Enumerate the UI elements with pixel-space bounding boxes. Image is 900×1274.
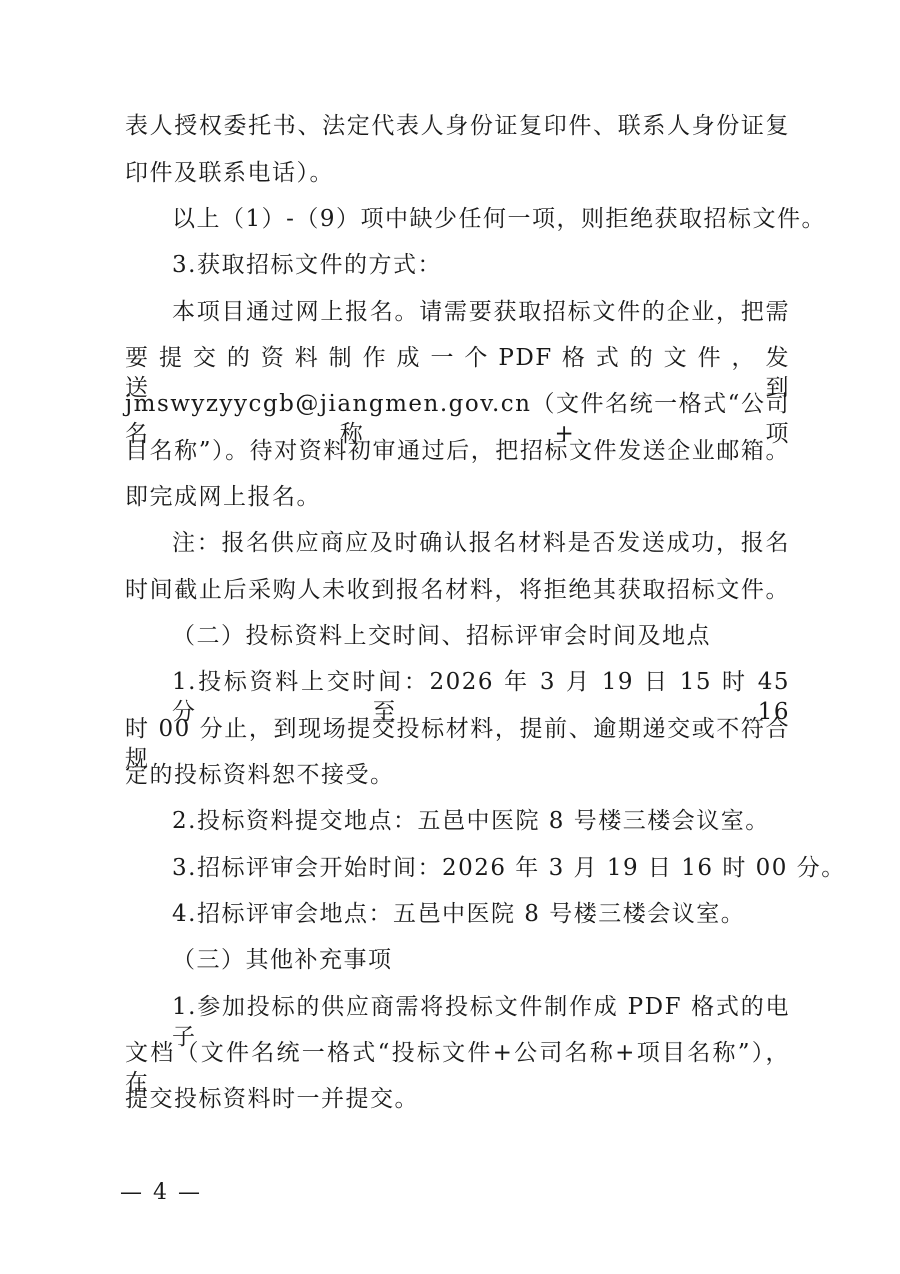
text-line: 4.招标评审会地点：五邑中医院 8 号楼三楼会议室。 <box>172 899 790 929</box>
text-line: 目名称”）。待对资料初审通过后，把招标文件发送企业邮箱。 <box>125 436 790 466</box>
text-line: 3.招标评审会开始时间：2026 年 3 月 19 日 16 时 00 分。 <box>172 853 790 883</box>
page-number: — 4 — <box>120 1180 202 1205</box>
section-heading: （二）投标资料上交时间、招标评审会时间及地点 <box>172 621 790 651</box>
text-line: 表人授权委托书、法定代表人身份证复印件、联系人身份证复 <box>125 111 790 141</box>
text-line: 2.投标资料提交地点：五邑中医院 8 号楼三楼会议室。 <box>172 806 790 836</box>
text-line: 本项目通过网上报名。请需要获取招标文件的企业，把需 <box>172 297 790 327</box>
text-line: 以上（1）-（9）项中缺少任何一项，则拒绝获取招标文件。 <box>172 204 790 234</box>
document-page: 表人授权委托书、法定代表人身份证复印件、联系人身份证复印件及联系电话）。以上（1… <box>0 0 900 1274</box>
text-line: 提交投标资料时一并提交。 <box>125 1084 790 1114</box>
text-line: 注：报名供应商应及时确认报名材料是否发送成功，报名 <box>172 528 790 558</box>
text-line: 时间截止后采购人未收到报名材料，将拒绝其获取招标文件。 <box>125 575 790 605</box>
section-heading: （三）其他补充事项 <box>172 945 790 975</box>
text-line: 印件及联系电话）。 <box>125 158 790 188</box>
text-line: 定的投标资料恕不接受。 <box>125 760 790 790</box>
text-line: 3.获取招标文件的方式： <box>172 250 790 280</box>
text-line: 即完成网上报名。 <box>125 482 790 512</box>
